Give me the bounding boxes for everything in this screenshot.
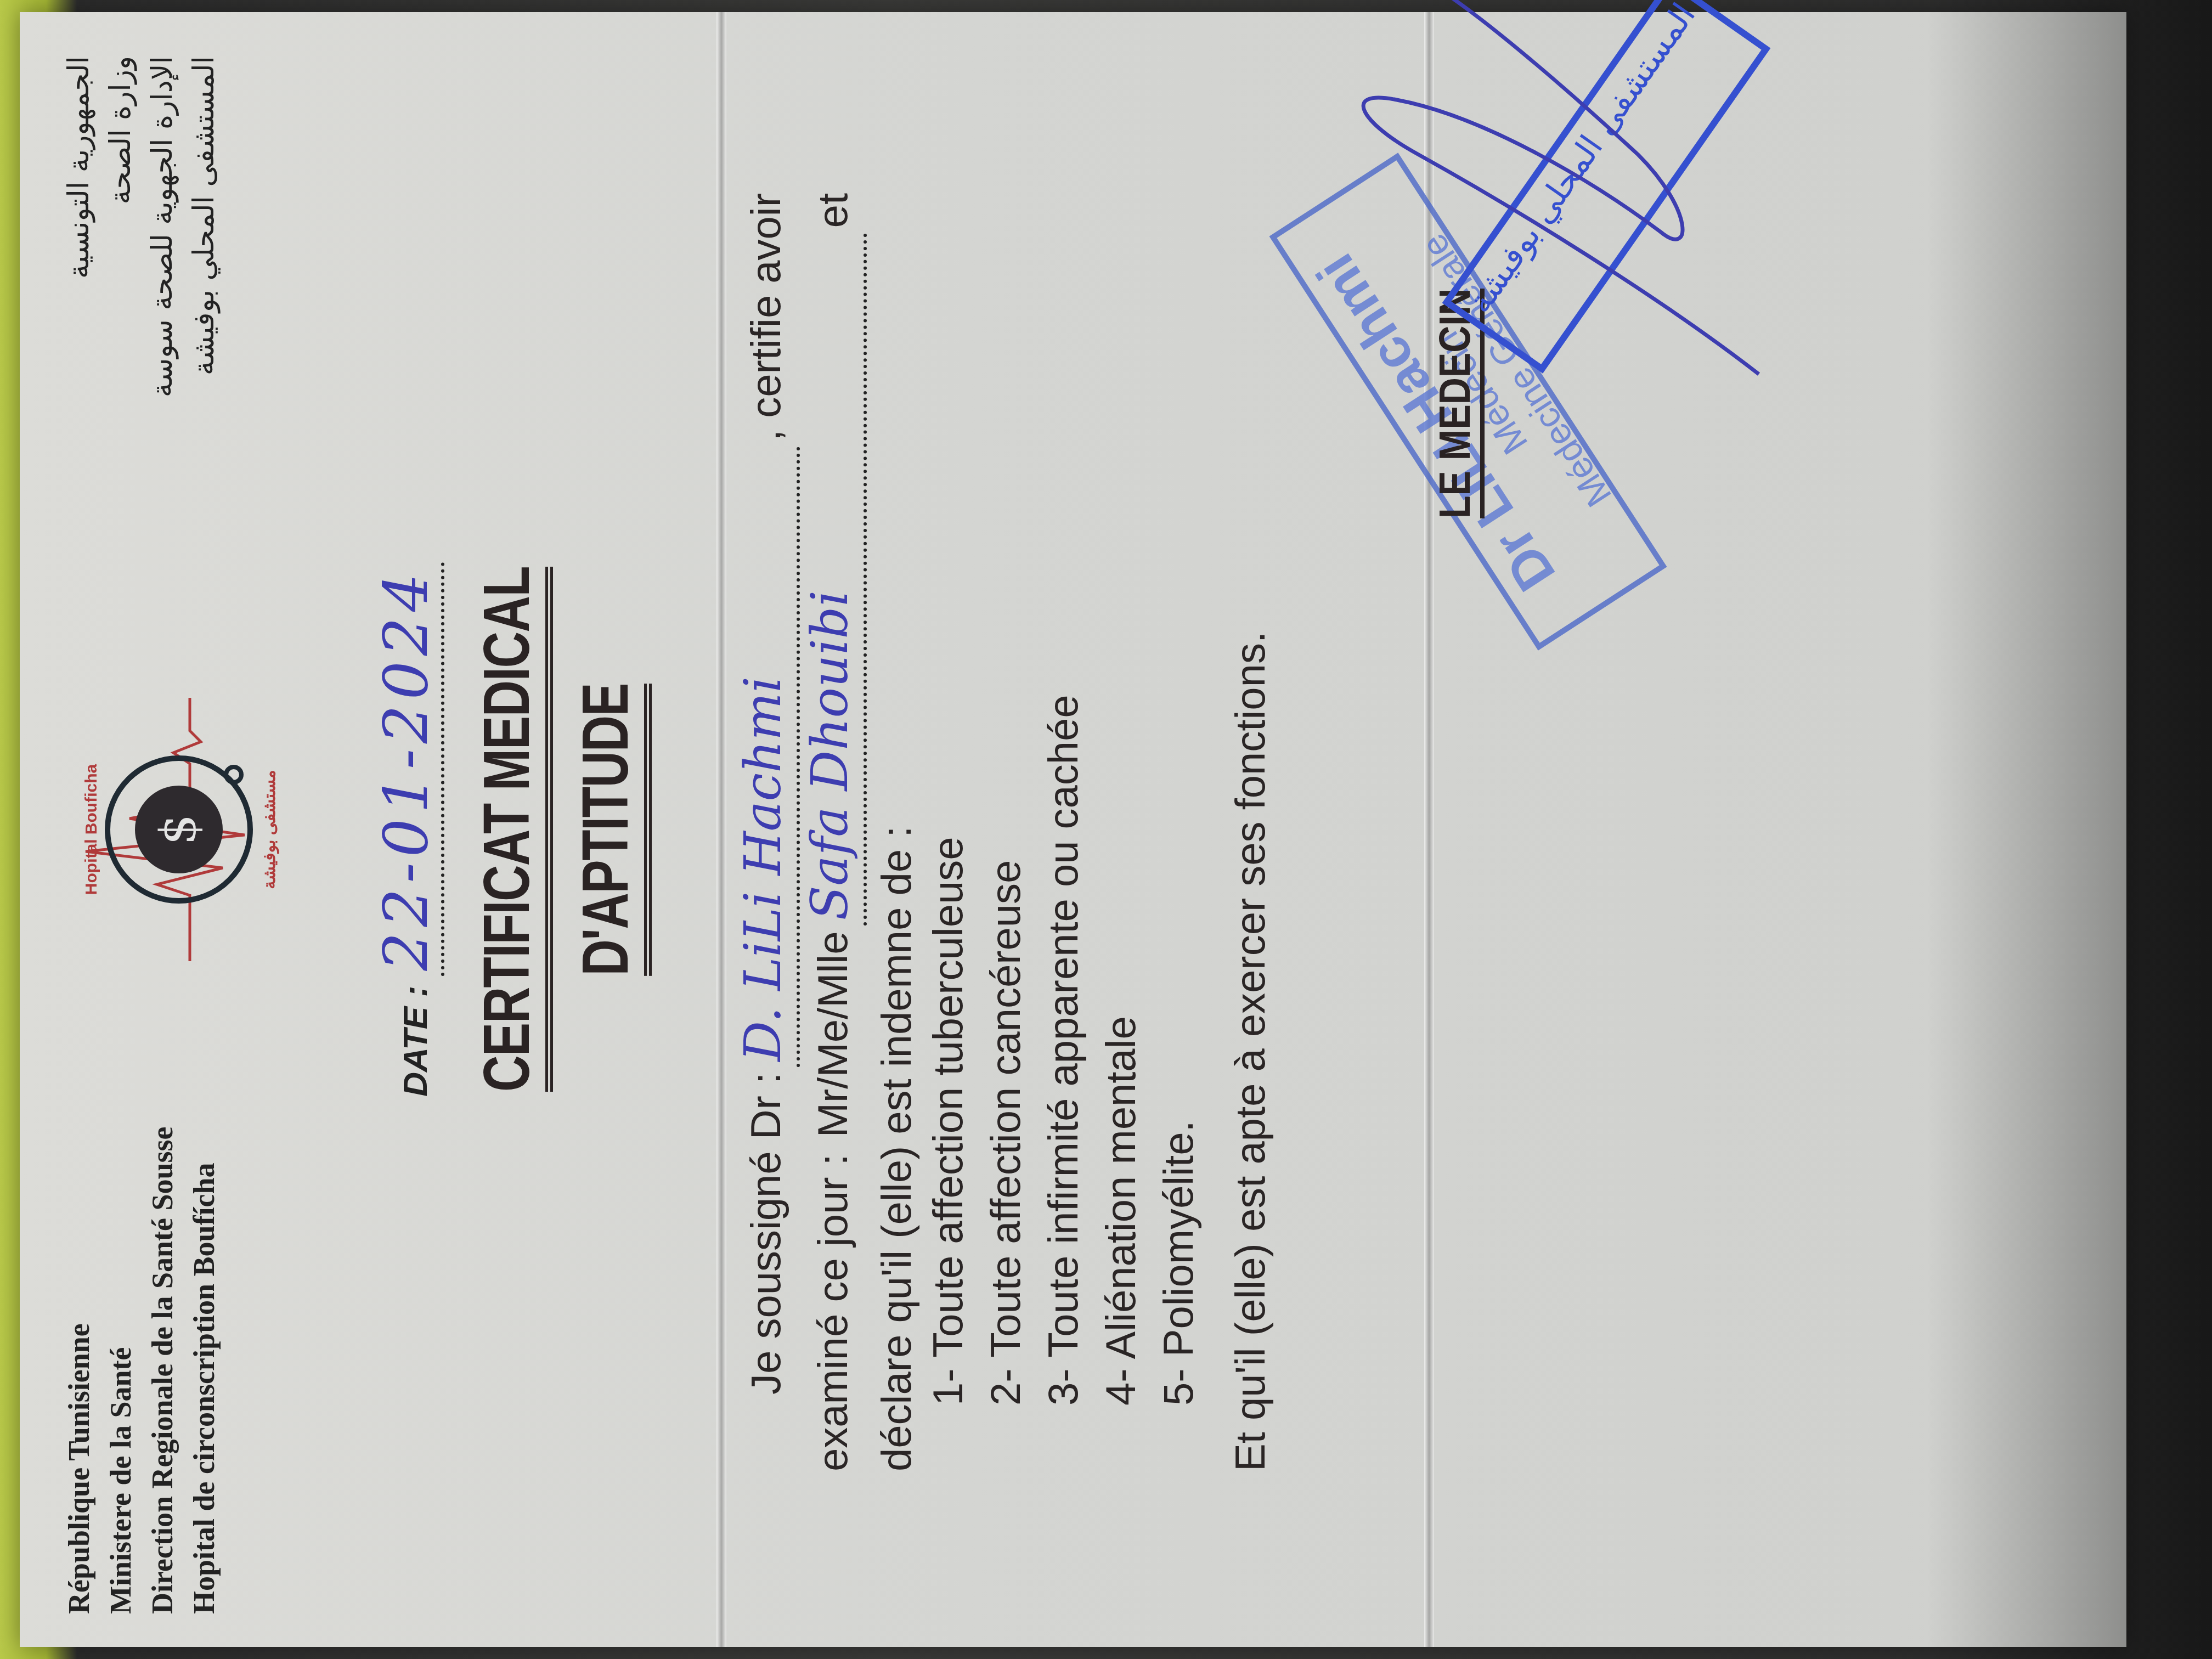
body-line-2: examiné ce jour : Mr/Me/Mlle Safa Dhouib… (800, 193, 867, 1471)
header-left-fr: République Tunisienne Ministere de la Sa… (58, 1127, 225, 1615)
document-subtitle: D'APTITUDE (568, 12, 652, 1647)
body-line-3: déclare qu'il (elle) est indemne de : (867, 193, 927, 1471)
list-item: 1- Toute affection tuberculeuse (919, 695, 977, 1406)
patient-name-handwritten: Safa Dhouibi (800, 590, 859, 920)
list-item: 2- Toute affection cancéreuse (977, 695, 1035, 1406)
date-label: DATE : (397, 986, 435, 1097)
header-line: الإدارة الجهوية للصحة سوسة (142, 56, 183, 397)
header-line: الجمهورية التونسية (58, 56, 100, 397)
svg-text:مستشفى بوفيشة: مستشفى بوفيشة (261, 770, 279, 889)
svg-text:$: $ (150, 814, 207, 845)
body-line-1: Je soussigné Dr : D. LiLi Hachmi , certi… (733, 193, 800, 1471)
hospital-caduceus-ecg-logo-icon: $ Hopital Bouficha مستشفى بوفيشة (64, 698, 294, 961)
medical-certificate-page: République Tunisienne Ministere de la Sa… (20, 12, 2126, 1647)
svg-text:Hopital Bouficha: Hopital Bouficha (82, 764, 100, 895)
list-item: 5- Poliomyélite. (1150, 695, 1207, 1406)
certificate-body: Je soussigné Dr : D. LiLi Hachmi , certi… (733, 193, 927, 1471)
header-line: وزارة الصحة (100, 56, 142, 397)
handwritten-signature-icon (1309, 0, 1803, 440)
header-right-ar: الجمهورية التونسية وزارة الصحة الإدارة ا… (58, 56, 225, 397)
paper-fold-line (716, 12, 726, 1647)
header-line: Direction Regionale de la Santé Sousse (142, 1127, 183, 1615)
header-line: Ministere de la Santé (100, 1127, 142, 1615)
header-line: République Tunisienne (58, 1127, 100, 1615)
closing-statement: Et qu'il (elle) est apte à exercer ses f… (1227, 631, 1274, 1471)
doctor-name-handwritten: D. LiLi Hachmi (733, 676, 792, 1062)
conditions-list: 1- Toute affection tuberculeuse 2- Toute… (919, 695, 1207, 1406)
list-item: 4- Aliénation mentale (1092, 695, 1150, 1406)
list-item: 3- Toute infirmité apparente ou cachée (1035, 695, 1092, 1406)
document-title: CERTIFICAT MEDICAL (470, 12, 553, 1647)
header-line: Hopital de circonscription Boufícha (183, 1127, 225, 1615)
date-value: 22-01-2024 (371, 568, 441, 970)
date-row: DATE : 22-01-2024 (371, 12, 444, 1647)
header-line: المستشفى المحلي بوفيشة (183, 56, 225, 397)
